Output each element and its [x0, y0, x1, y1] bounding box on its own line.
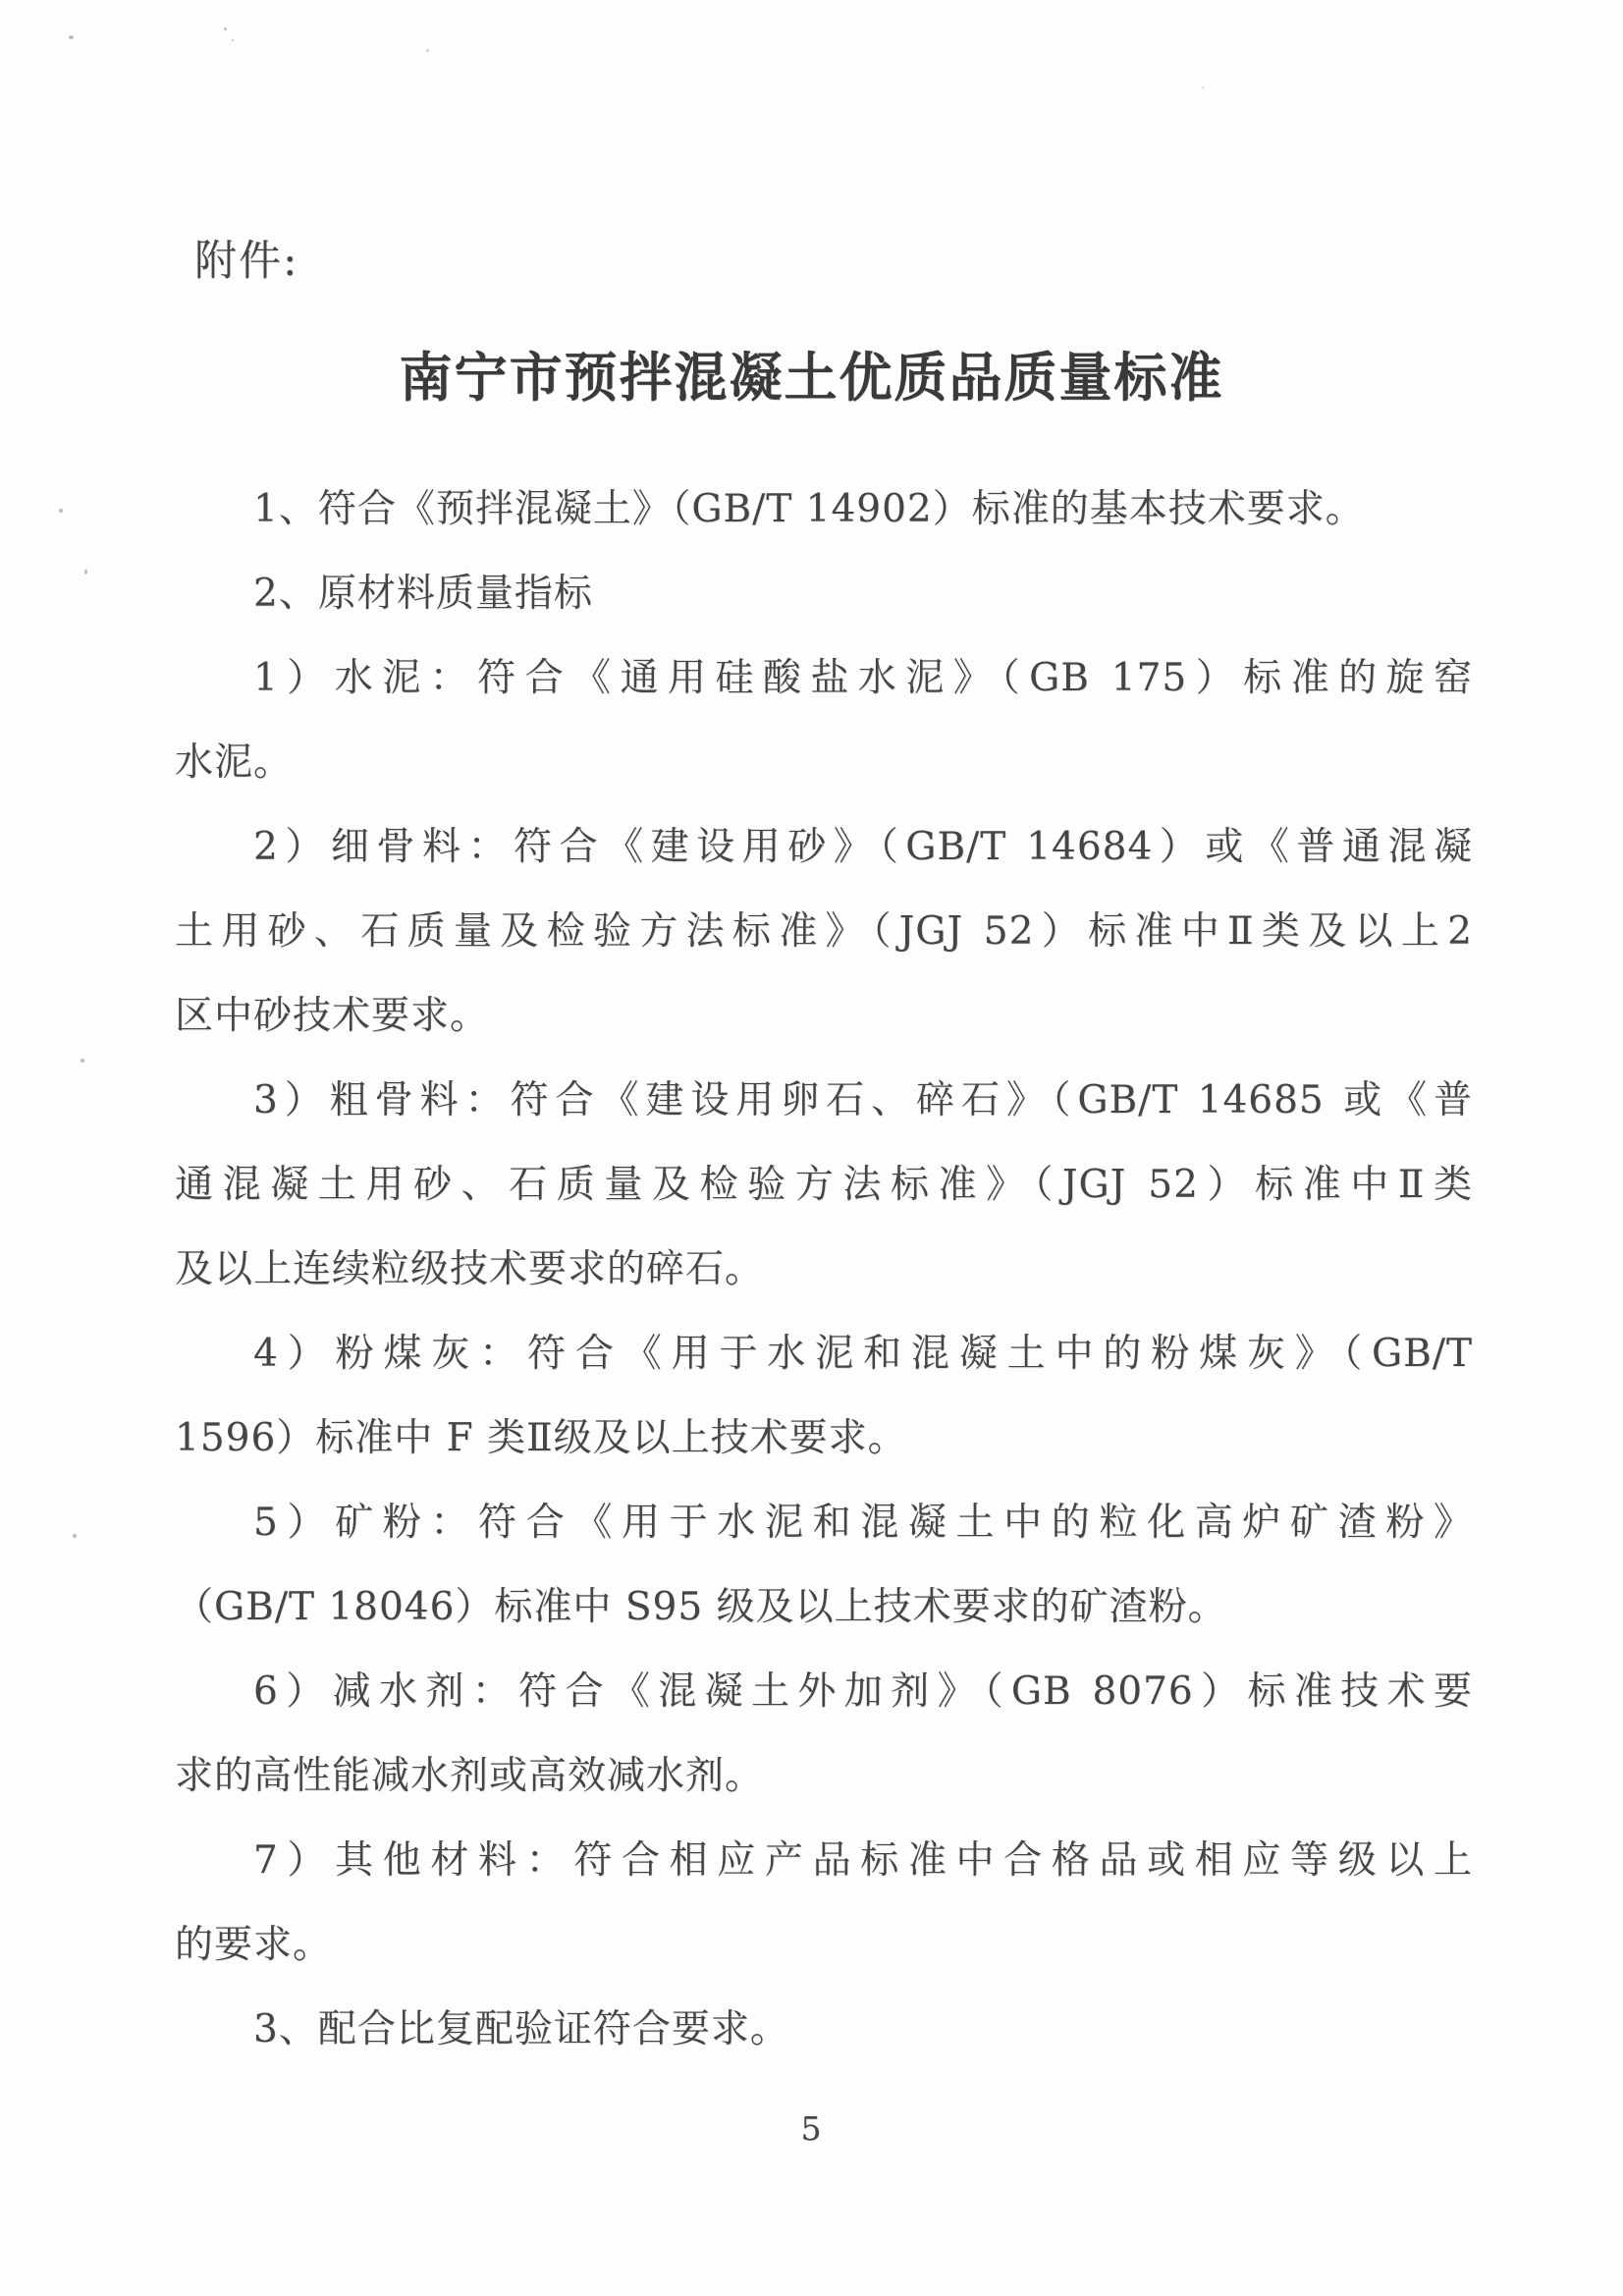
scan-speck [232, 39, 234, 41]
body-line: 7）其他材料：符合相应产品标准中合格品或相应等级以上 [175, 1819, 1473, 1903]
body-line: 3）粗骨料：符合《建设用卵石、碎石》（GB/T 14685 或《普 [175, 1059, 1473, 1143]
paragraph: 3、配合比复配验证符合要求。 [175, 1988, 1473, 2072]
scan-speck [69, 35, 74, 39]
scan-speck [59, 509, 63, 513]
body-paragraphs: 1、符合《预拌混凝土》（GB/T 14902）标准的基本技术要求。2、原材料质量… [175, 467, 1473, 2072]
paragraph: 7）其他材料：符合相应产品标准中合格品或相应等级以上的要求。 [175, 1819, 1473, 1988]
body-line: 2）细骨料：符合《建设用砂》（GB/T 14684）或《普通混凝 [175, 805, 1473, 890]
body-line: （GB/T 18046）标准中 S95 级及以上技术要求的矿渣粉。 [175, 1565, 1473, 1650]
body-line: 区中砂技术要求。 [175, 974, 1473, 1059]
body-line: 的要求。 [175, 1903, 1473, 1988]
body-line: 通混凝土用砂、石质量及检验方法标准》（JGJ 52）标准中Ⅱ类 [175, 1143, 1473, 1228]
body-line: 及以上连续粒级技术要求的碎石。 [175, 1228, 1473, 1312]
body-line: 3、配合比复配验证符合要求。 [175, 1988, 1473, 2072]
scan-speck [73, 1534, 77, 1538]
body-line: 求的高性能减水剂或高效减水剂。 [175, 1734, 1473, 1819]
paragraph: 1）水泥：符合《通用硅酸盐水泥》（GB 175）标准的旋窑水泥。 [175, 636, 1473, 805]
paragraph: 2、原材料质量指标 [175, 552, 1473, 636]
document-title: 南宁市预拌混凝土优质品质量标准 [0, 346, 1623, 409]
paragraph: 6）减水剂：符合《混凝土外加剂》（GB 8076）标准技术要求的高性能减水剂或高… [175, 1650, 1473, 1819]
scanned-document-page: 附件: 南宁市预拌混凝土优质品质量标准 1、符合《预拌混凝土》（GB/T 149… [0, 0, 1623, 2296]
body-line: 5）矿粉：符合《用于水泥和混凝土中的粒化高炉矿渣粉》 [175, 1481, 1473, 1565]
body-line: 水泥。 [175, 721, 1473, 805]
paragraph: 3）粗骨料：符合《建设用卵石、碎石》（GB/T 14685 或《普通混凝土用砂、… [175, 1059, 1473, 1312]
body-line: 2、原材料质量指标 [175, 552, 1473, 636]
scan-speck [81, 1059, 84, 1063]
scan-speck [84, 570, 87, 574]
body-line: 1、符合《预拌混凝土》（GB/T 14902）标准的基本技术要求。 [175, 467, 1473, 552]
attachment-label: 附件: [194, 236, 299, 287]
paragraph: 4）粉煤灰：符合《用于水泥和混凝土中的粉煤灰》（GB/T1596）标准中 F 类… [175, 1312, 1473, 1481]
scan-speck [224, 27, 227, 30]
page-number: 5 [0, 2109, 1623, 2148]
scan-speck [426, 49, 429, 52]
body-line: 1596）标准中 F 类Ⅱ级及以上技术要求。 [175, 1396, 1473, 1481]
scan-speck [1202, 86, 1204, 88]
body-line: 4）粉煤灰：符合《用于水泥和混凝土中的粉煤灰》（GB/T [175, 1312, 1473, 1396]
body-line: 土用砂、石质量及检验方法标准》（JGJ 52）标准中Ⅱ类及以上2 [175, 890, 1473, 974]
paragraph: 2）细骨料：符合《建设用砂》（GB/T 14684）或《普通混凝土用砂、石质量及… [175, 805, 1473, 1059]
body-line: 6）减水剂：符合《混凝土外加剂》（GB 8076）标准技术要 [175, 1650, 1473, 1734]
paragraph: 1、符合《预拌混凝土》（GB/T 14902）标准的基本技术要求。 [175, 467, 1473, 552]
body-line: 1）水泥：符合《通用硅酸盐水泥》（GB 175）标准的旋窑 [175, 636, 1473, 721]
paragraph: 5）矿粉：符合《用于水泥和混凝土中的粒化高炉矿渣粉》（GB/T 18046）标准… [175, 1481, 1473, 1650]
